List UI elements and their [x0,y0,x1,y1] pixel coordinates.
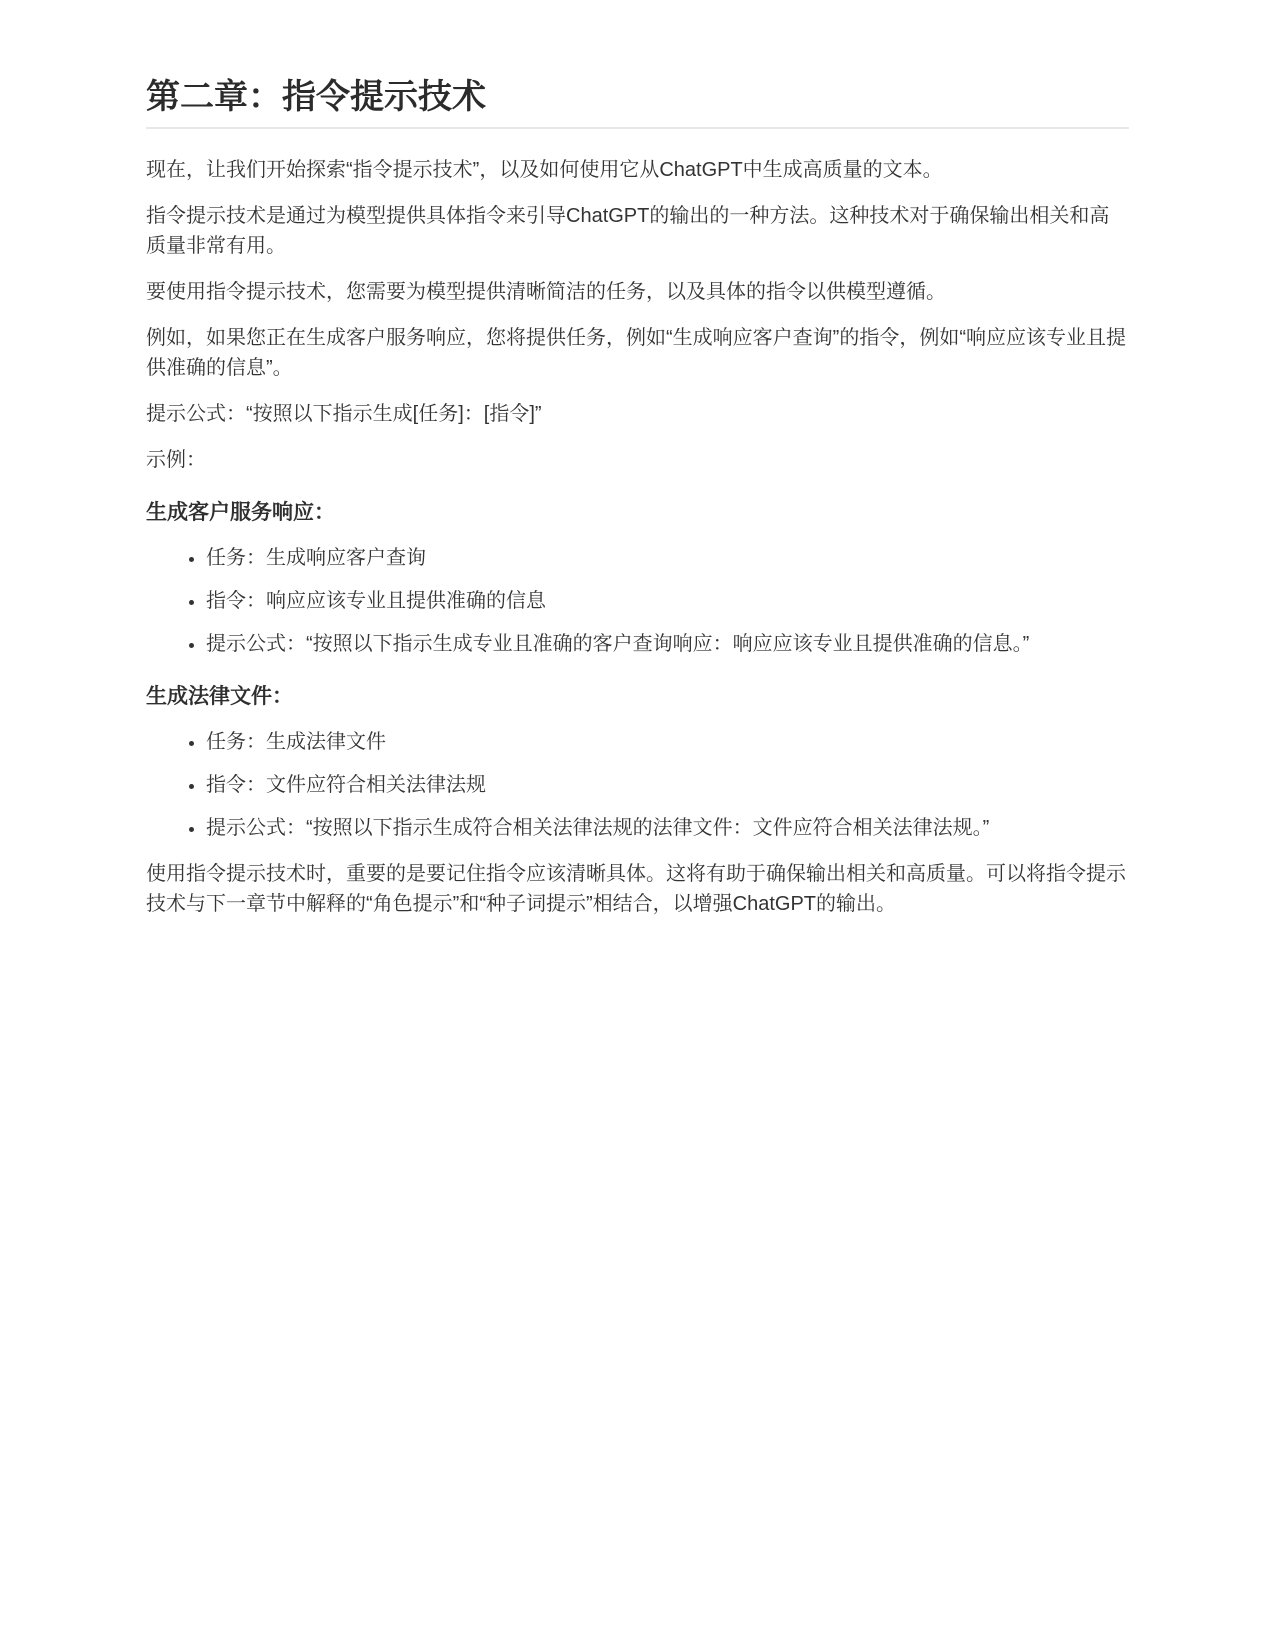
list-item: 指令：文件应符合相关法律法规 [206,770,1129,800]
document-page: 第二章：指令提示技术 现在，让我们开始探索“指令提示技术”，以及如何使用它从Ch… [0,0,1275,1650]
chapter-title: 第二章：指令提示技术 [146,78,1129,129]
closing-paragraph: 使用指令提示技术时，重要的是要记住指令应该清晰具体。这将有助于确保输出相关和高质… [146,859,1129,919]
prompt-formula-paragraph: 提示公式：“按照以下指示生成[任务]：[指令]” [146,399,1129,429]
intro-paragraph-1: 现在，让我们开始探索“指令提示技术”，以及如何使用它从ChatGPT中生成高质量… [146,155,1129,185]
intro-paragraph-2: 指令提示技术是通过为模型提供具体指令来引导ChatGPT的输出的一种方法。这种技… [146,201,1129,261]
legal-document-bullet-list: 任务：生成法律文件 指令：文件应符合相关法律法规 提示公式：“按照以下指示生成符… [146,727,1129,843]
example-label-paragraph: 示例： [146,445,1129,475]
list-item: 指令：响应应该专业且提供准确的信息 [206,586,1129,616]
list-item: 提示公式：“按照以下指示生成符合相关法律法规的法律文件：文件应符合相关法律法规。… [206,813,1129,843]
section-heading-legal-document: 生成法律文件： [146,685,1129,709]
list-item: 任务：生成响应客户查询 [206,543,1129,573]
customer-service-bullet-list: 任务：生成响应客户查询 指令：响应应该专业且提供准确的信息 提示公式：“按照以下… [146,543,1129,659]
intro-paragraph-4: 例如，如果您正在生成客户服务响应，您将提供任务，例如“生成响应客户查询”的指令，… [146,323,1129,383]
list-item: 提示公式：“按照以下指示生成专业且准确的客户查询响应：响应应该专业且提供准确的信… [206,629,1129,659]
intro-paragraph-3: 要使用指令提示技术，您需要为模型提供清晰简洁的任务，以及具体的指令以供模型遵循。 [146,277,1129,307]
list-item: 任务：生成法律文件 [206,727,1129,757]
section-heading-customer-service: 生成客户服务响应： [146,501,1129,525]
